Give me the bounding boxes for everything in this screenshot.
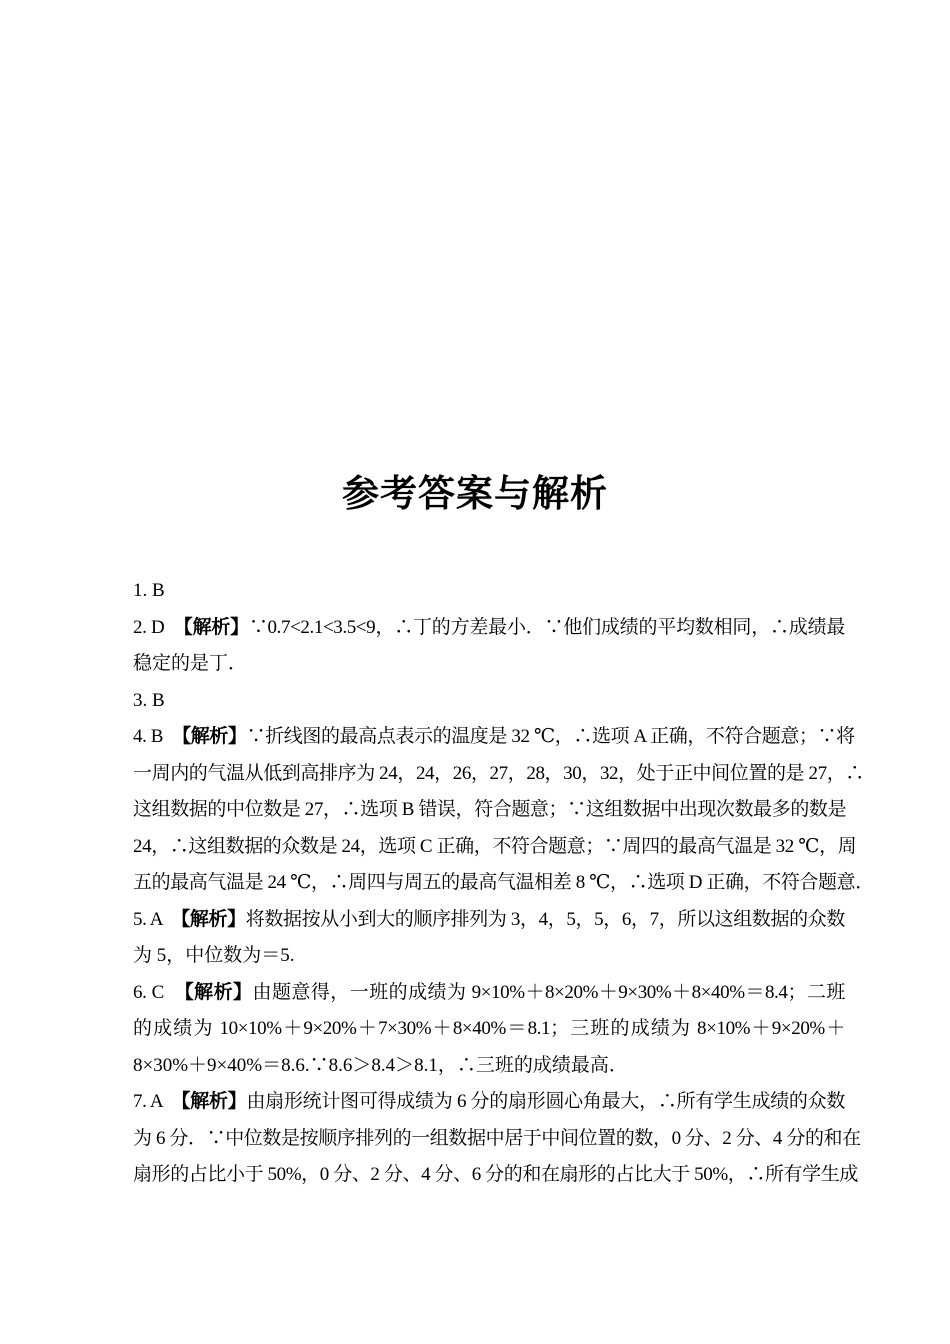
answer-line-6: 6. C 【解析】由题意得，一班的成绩为 9×10%＋8×20%＋9×30%＋8… — [133, 975, 845, 1012]
answer-text: 一周内的气温从低到高排序为 24，24，26，27，28，30，32，处于正中间… — [133, 763, 864, 784]
answer-number: 7. A — [133, 1091, 181, 1112]
answer-text: 扇形的占比小于 50%，0 分、2 分、4 分、6 分的和在扇形的占比大于 50… — [133, 1164, 858, 1185]
answer-number: 6. C — [133, 982, 184, 1003]
answer-line-6-cont: 8×30%＋9×40%＝8.6.∵8.6＞8.4＞8.1，∴三班的成绩最高． — [133, 1048, 845, 1085]
answer-text: 为 5，中位数为＝5. — [133, 945, 295, 966]
answer-number: 3. B — [133, 690, 165, 711]
answer-line-4: 4. B 【解析】∵折线图的最高点表示的温度是 32 ℃，∴选项 A 正确，不符… — [133, 719, 845, 756]
answer-text: 的成绩为 10×10%＋9×20%＋7×30%＋8×40%＝8.1；三班的成绩为… — [133, 1018, 845, 1039]
answer-number: 4. B — [133, 726, 182, 747]
answer-line-5-cont: 为 5，中位数为＝5. — [133, 938, 845, 975]
answer-line-2-cont: 稳定的是丁． — [133, 646, 845, 683]
answer-text: 由扇形统计图可得成绩为 6 分的扇形圆心角最大，∴所有学生成绩的众数 — [246, 1091, 845, 1112]
answer-text: 24，∴这组数据的众数是 24，选项 C 正确，不符合题意；∵周四的最高气温是 … — [133, 836, 856, 857]
answer-line-4-cont: 一周内的气温从低到高排序为 24，24，26，27，28，30，32，处于正中间… — [133, 756, 845, 793]
answer-line-1: 1. B — [133, 573, 845, 610]
answer-line-4-cont: 这组数据的中位数是 27，∴选项 B 错误，符合题意；∵这组数据中出现次数最多的… — [133, 792, 845, 829]
answer-line-2: 2. D 【解析】∵0.7<2.1<3.5<9，∴丁的方差最小．∵他们成绩的平均… — [133, 610, 845, 647]
answer-line-4-cont: 24，∴这组数据的众数是 24，选项 C 正确，不符合题意；∵周四的最高气温是 … — [133, 829, 845, 866]
answer-text: 8×30%＋9×40%＝8.6.∵8.6＞8.4＞8.1，∴三班的成绩最高． — [133, 1055, 628, 1076]
answer-number: 1. B — [133, 580, 165, 601]
answer-number: 2. D — [133, 617, 183, 638]
page-title: 参考答案与解析 — [0, 472, 950, 518]
answer-line-4-cont: 五的最高气温是 24 ℃，∴周四与周五的最高气温相差 8 ℃，∴选项 D 正确，… — [133, 865, 845, 902]
answer-line-7: 7. A 【解析】由扇形统计图可得成绩为 6 分的扇形圆心角最大，∴所有学生成绩… — [133, 1084, 845, 1121]
answer-text: 五的最高气温是 24 ℃，∴周四与周五的最高气温相差 8 ℃，∴选项 D 正确，… — [133, 872, 874, 893]
answer-line-3: 3. B — [133, 683, 845, 720]
analysis-tag: 【解析】 — [181, 909, 246, 930]
answer-text: ∵折线图的最高点表示的温度是 32 ℃，∴选项 A 正确，不符合题意；∵将 — [247, 726, 855, 747]
document-page: 参考答案与解析 1. B 2. D 【解析】∵0.7<2.1<3.5<9，∴丁的… — [0, 0, 950, 1344]
answer-text: 由题意得，一班的成绩为 9×10%＋8×20%＋9×30%＋8×40%＝8.4；… — [253, 982, 845, 1003]
answer-line-5: 5. A 【解析】将数据按从小到大的顺序排列为 3，4，5，5，6，7，所以这组… — [133, 902, 845, 939]
analysis-tag: 【解析】 — [184, 982, 252, 1003]
answer-number: 5. A — [133, 909, 181, 930]
answer-text: ∵0.7<2.1<3.5<9，∴丁的方差最小．∵他们成绩的平均数相同，∴成绩最 — [249, 617, 845, 638]
analysis-tag: 【解析】 — [183, 617, 249, 638]
answer-text: 稳定的是丁． — [133, 653, 247, 674]
answer-text: 将数据按从小到大的顺序排列为 3，4，5，5，6，7，所以这组数据的众数 — [246, 909, 845, 930]
analysis-tag: 【解析】 — [181, 1091, 246, 1112]
answers: 1. B 2. D 【解析】∵0.7<2.1<3.5<9，∴丁的方差最小．∵他们… — [133, 573, 845, 1194]
answer-line-7-cont: 扇形的占比小于 50%，0 分、2 分、4 分、6 分的和在扇形的占比大于 50… — [133, 1157, 845, 1194]
answer-line-7-cont: 为 6 分．∵中位数是按顺序排列的一组数据中居于中间位置的数，0 分、2 分、4… — [133, 1121, 845, 1158]
answer-text: 为 6 分．∵中位数是按顺序排列的一组数据中居于中间位置的数，0 分、2 分、4… — [133, 1128, 861, 1149]
analysis-tag: 【解析】 — [182, 726, 247, 747]
answer-line-6-cont: 的成绩为 10×10%＋9×20%＋7×30%＋8×40%＝8.1；三班的成绩为… — [133, 1011, 845, 1048]
answer-text: 这组数据的中位数是 27，∴选项 B 错误，符合题意；∵这组数据中出现次数最多的… — [133, 799, 846, 820]
